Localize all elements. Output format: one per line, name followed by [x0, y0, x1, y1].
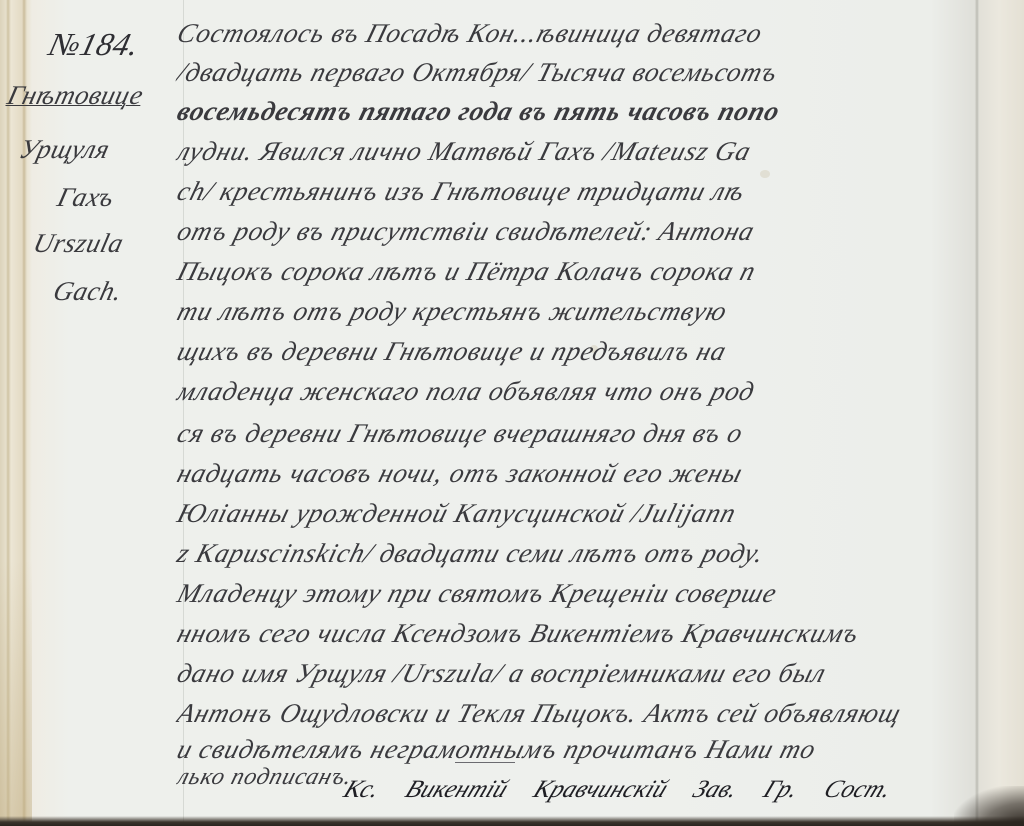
- body-line: дано имя Урщуля /Urszula/ а воспріемника…: [174, 658, 830, 689]
- body-line: младенца женскаго пола объявляя что онъ …: [174, 376, 759, 407]
- body-line: щихъ въ деревни Гнѣтовице и предъявилъ н…: [174, 336, 731, 367]
- body-line: ти лѣтъ отъ роду крестьянъ жительствую: [174, 296, 731, 327]
- record-body: Состоялось въ Посадѣ Кон...ѣвиница девят…: [178, 0, 978, 826]
- body-line: Состоялось въ Посадѣ Кон...ѣвиница девят…: [174, 18, 767, 49]
- body-line: лько подписанъ.: [174, 764, 356, 791]
- body-line: нномъ сего числа Ксендзомъ Викентіемъ Кр…: [174, 618, 863, 649]
- body-line: ch/ крестьянинъ изъ Гнѣтовице тридцати л…: [174, 176, 749, 207]
- stacked-page-edges: [0, 0, 32, 826]
- adjacent-page-strip: [979, 0, 1024, 826]
- body-line: Юліанны урожденной Капусцинской /Julijan…: [174, 498, 740, 529]
- body-line: Антонъ Ощудловски и Текля Пыцокъ. Актъ с…: [174, 698, 905, 729]
- body-line: Младенцу этому при святомъ Крещеніи сове…: [174, 578, 781, 609]
- body-line: отъ роду въ присутствіи свидѣтелей: Анто…: [174, 216, 759, 247]
- body-line: восемьдесятъ пятаго года въ пять часовъ …: [174, 96, 784, 127]
- record-number: №184.: [45, 26, 143, 63]
- scanned-register-page: №184. Гнѣтовице Урщуля Гахъ Urszula Gach…: [0, 0, 1024, 826]
- body-line: ся въ деревни Гнѣтовице вчерашняго дня в…: [174, 418, 747, 449]
- body-line: /двадцать перваго Октября/ Тысяча восемь…: [174, 57, 782, 88]
- margin-village-name: Гнѣтовице: [4, 80, 147, 111]
- end-of-text-dash: [455, 762, 515, 763]
- margin-child-name-cyrillic: Урщуля: [16, 134, 113, 165]
- body-line: Пыцокъ сорока лѣтъ и Пётра Колачъ сорока…: [174, 256, 760, 287]
- body-line: лудни. Явился лично Матвѣй Гахъ /Mateusz…: [174, 136, 755, 167]
- corner-shadow: [954, 786, 1024, 826]
- margin-surname-latin: Gach.: [50, 276, 125, 307]
- margin-child-name-latin: Urszula: [30, 228, 127, 259]
- binding-bottom-edge: [0, 816, 1024, 826]
- body-line: и свидѣтелямъ неграмотнымъ прочитанъ Нам…: [174, 734, 820, 765]
- body-line: z Kapuscinskich/ двадцати семи лѣтъ отъ …: [174, 538, 769, 569]
- body-line: надцать часовъ ночи, отъ законной его же…: [174, 458, 747, 489]
- priest-signature: Кс. Викентій Кравчинскій Зав. Гр. Сост.: [339, 776, 896, 804]
- margin-surname-cyrillic: Гахъ: [54, 182, 117, 213]
